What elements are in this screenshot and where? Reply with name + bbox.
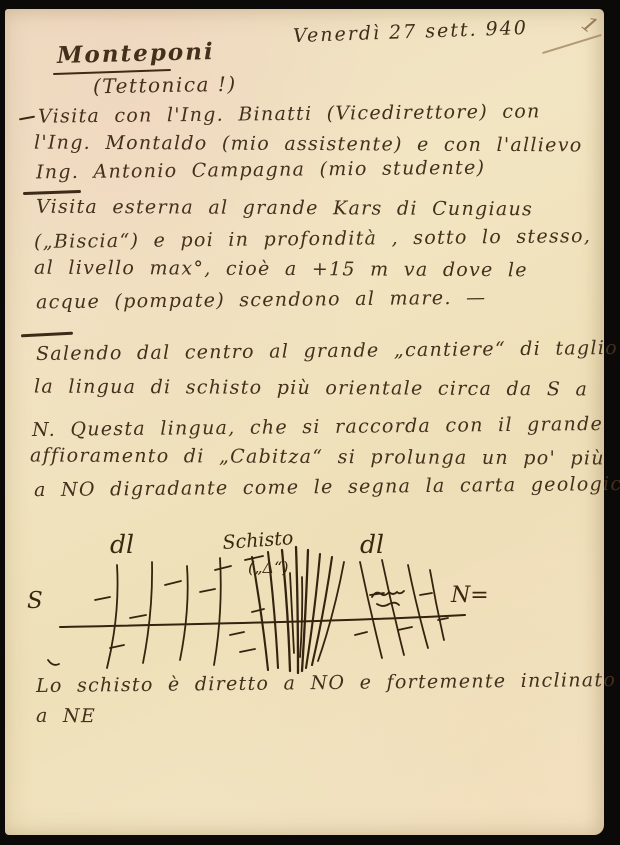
- notebook-page: 1 Venerdì 27 sett. 940 Monteponi (Tetton…: [5, 9, 604, 835]
- sketch-label-south: S: [27, 588, 43, 614]
- footer-line1: Lo schisto è diretto a NO e fortemente i…: [36, 669, 616, 697]
- page-subtitle: (Tettonica !): [93, 72, 237, 99]
- scanned-notebook-photo: 1 Venerdì 27 sett. 940 Monteponi (Tetton…: [0, 0, 620, 845]
- sketch-label-schisto-sub: („Δ“): [248, 558, 289, 577]
- pencil-stroke: [542, 34, 602, 54]
- paragraph3-line4: affioramento di „Cabitza“ si prolunga un…: [30, 444, 605, 469]
- paragraph3-line5: a NO digradante come le segna la carta g…: [34, 473, 620, 501]
- paragraph2-line3: al livello max°, cioè a +15 m va dove le: [34, 257, 528, 282]
- section-divider: [23, 190, 81, 195]
- page-title: Monteponi: [57, 38, 215, 69]
- paragraph1-line3: Ing. Antonio Campagna (mio studente): [36, 157, 486, 184]
- margin-dash: [19, 116, 35, 121]
- geological-cross-section-sketch: dl Schisto („Δ“) dl S N=: [5, 505, 604, 687]
- footer-line2: a NE: [36, 705, 96, 727]
- paragraph2-line2: („Biscia“) e poi in profondità , sotto l…: [34, 225, 591, 253]
- paragraph2-line4: acque (pompate) scendono al mare. —: [36, 287, 487, 314]
- sketch-label-north: N=: [450, 583, 489, 608]
- sketch-label-dl-left: dl: [110, 530, 134, 559]
- section-divider: [21, 332, 73, 338]
- paragraph3-line2: la lingua di schisto più orientale circa…: [34, 376, 588, 401]
- paragraph3-line1: Salendo dal centro al grande „cantiere“ …: [36, 337, 618, 365]
- paragraph2-line1: Visita esterna al grande Kars di Cungiau…: [36, 196, 533, 221]
- paragraph1-line1: Visita con l'Ing. Binatti (Vicedirettore…: [38, 100, 541, 127]
- paragraph1-line2: l'Ing. Montaldo (mio assistente) e con l…: [34, 132, 583, 157]
- date-line: Venerdì 27 sett. 940: [293, 17, 529, 47]
- sketch-label-dl-right: dl: [360, 530, 384, 559]
- paragraph3-line3: N. Questa lingua, che si raccorda con il…: [32, 413, 603, 441]
